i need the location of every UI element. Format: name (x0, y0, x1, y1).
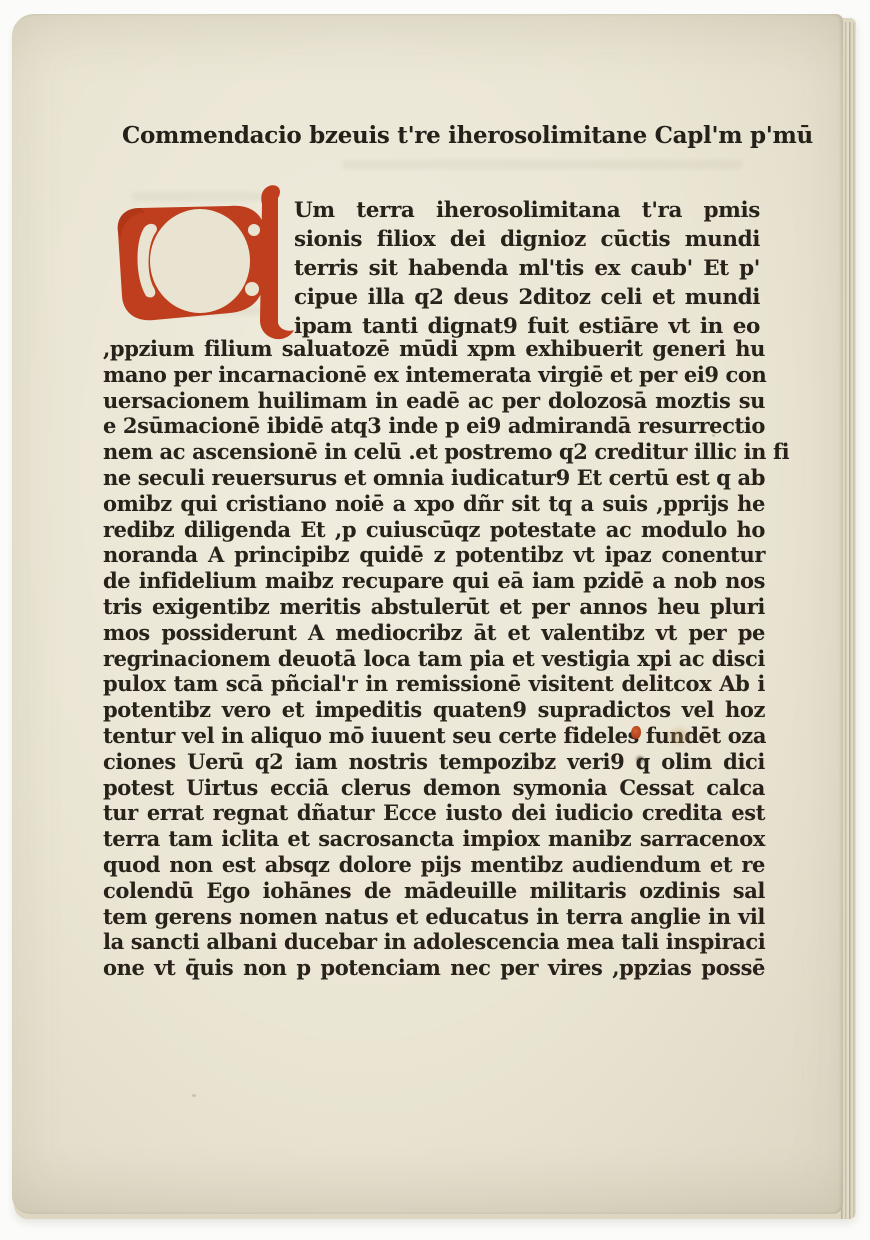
text-line: quod non est absqz dolore pijs mentibz a… (103, 852, 765, 878)
rubricated-initial-c (110, 180, 316, 346)
ink-smudge (636, 756, 644, 763)
text-line: potentibz vero et impeditis quaten9 supr… (103, 697, 765, 723)
text-line: colendū Ego iohānes de mādeuille militar… (103, 878, 765, 904)
photograph-background: Commendacio bzeuis t're iherosolimitane … (0, 0, 870, 1240)
text-line: tris exigentibz meritis abstulerūt et pe… (103, 594, 765, 620)
text-line: Um terra iherosolimitana t'ra pmis (294, 196, 760, 225)
paper-speck (262, 974, 265, 977)
text-line: mos possiderunt A mediocribz āt et valen… (103, 620, 765, 646)
body-text-block: ,ppzium filium saluatozē mūdi xpm exhibu… (103, 336, 765, 981)
text-line: e 2sūmacionē ibidē atq3 inde p ei9 admir… (103, 413, 765, 439)
text-line: nem ac ascensionē in celū .et postremo q… (103, 439, 765, 465)
text-line: omibz qui cristiano noiē a xpo dñr sit t… (103, 491, 765, 517)
text-line: mano per incarnacionē ex intemerata virg… (103, 362, 765, 388)
verso-showthrough (342, 160, 742, 169)
red-ink-spot (631, 726, 641, 739)
text-line: uersacionem huilimam in eadē ac per dolo… (103, 388, 765, 414)
text-line: cipue illa q2 deus 2ditoz celi et mundi (294, 283, 760, 312)
paper-speck (192, 1094, 196, 1097)
text-line: ,ppzium filium saluatozē mūdi xpm exhibu… (103, 336, 765, 362)
text-line: tentur vel in aliquo mō iuuent seu certe… (103, 723, 765, 749)
incunable-page: Commendacio bzeuis t're iherosolimitane … (12, 14, 843, 1214)
text-line: regrinacionem deuotā loca tam pia et ves… (103, 646, 765, 672)
text-line: pulox tam scā pñcial'r in remissionē vis… (103, 671, 765, 697)
text-line: potest Uirtus ecciā clerus demon symonia… (103, 775, 765, 801)
paper-speck (712, 434, 715, 437)
text-line: noranda A principibz quidē z potentibz v… (103, 542, 765, 568)
text-line: terra tam iclita et sacrosancta impiox m… (103, 826, 765, 852)
text-line: tur errat regnat dñatur Ecce iusto dei i… (103, 800, 765, 826)
text-line: ne seculi reuersurus et omnia iudicatur9… (103, 465, 765, 491)
text-line: la sancti albani ducebar in adolescencia… (103, 929, 765, 955)
text-line: sionis filiox dei dignioz cūctis mundi (294, 225, 760, 254)
text-line: ciones Uerū q2 iam nostris tempozibz ver… (103, 749, 765, 775)
paper-stain (669, 728, 689, 744)
text-line: tem gerens nomen natus et educatus in te… (103, 904, 765, 930)
text-line: one vt q̄uis non p potenciam nec per vir… (103, 955, 765, 981)
text-line: de infidelium maibz recupare qui eā iam … (103, 568, 765, 594)
chapter-heading: Commendacio bzeuis t're iherosolimitane … (122, 122, 754, 149)
opening-text-block: Um terra iherosolimitana t'ra pmis sioni… (294, 196, 760, 341)
text-line: redibz diligenda Et ,p cuiuscūqz potesta… (103, 517, 765, 543)
text-line: terris sit habenda ml'tis ex caub' Et p' (294, 254, 760, 283)
